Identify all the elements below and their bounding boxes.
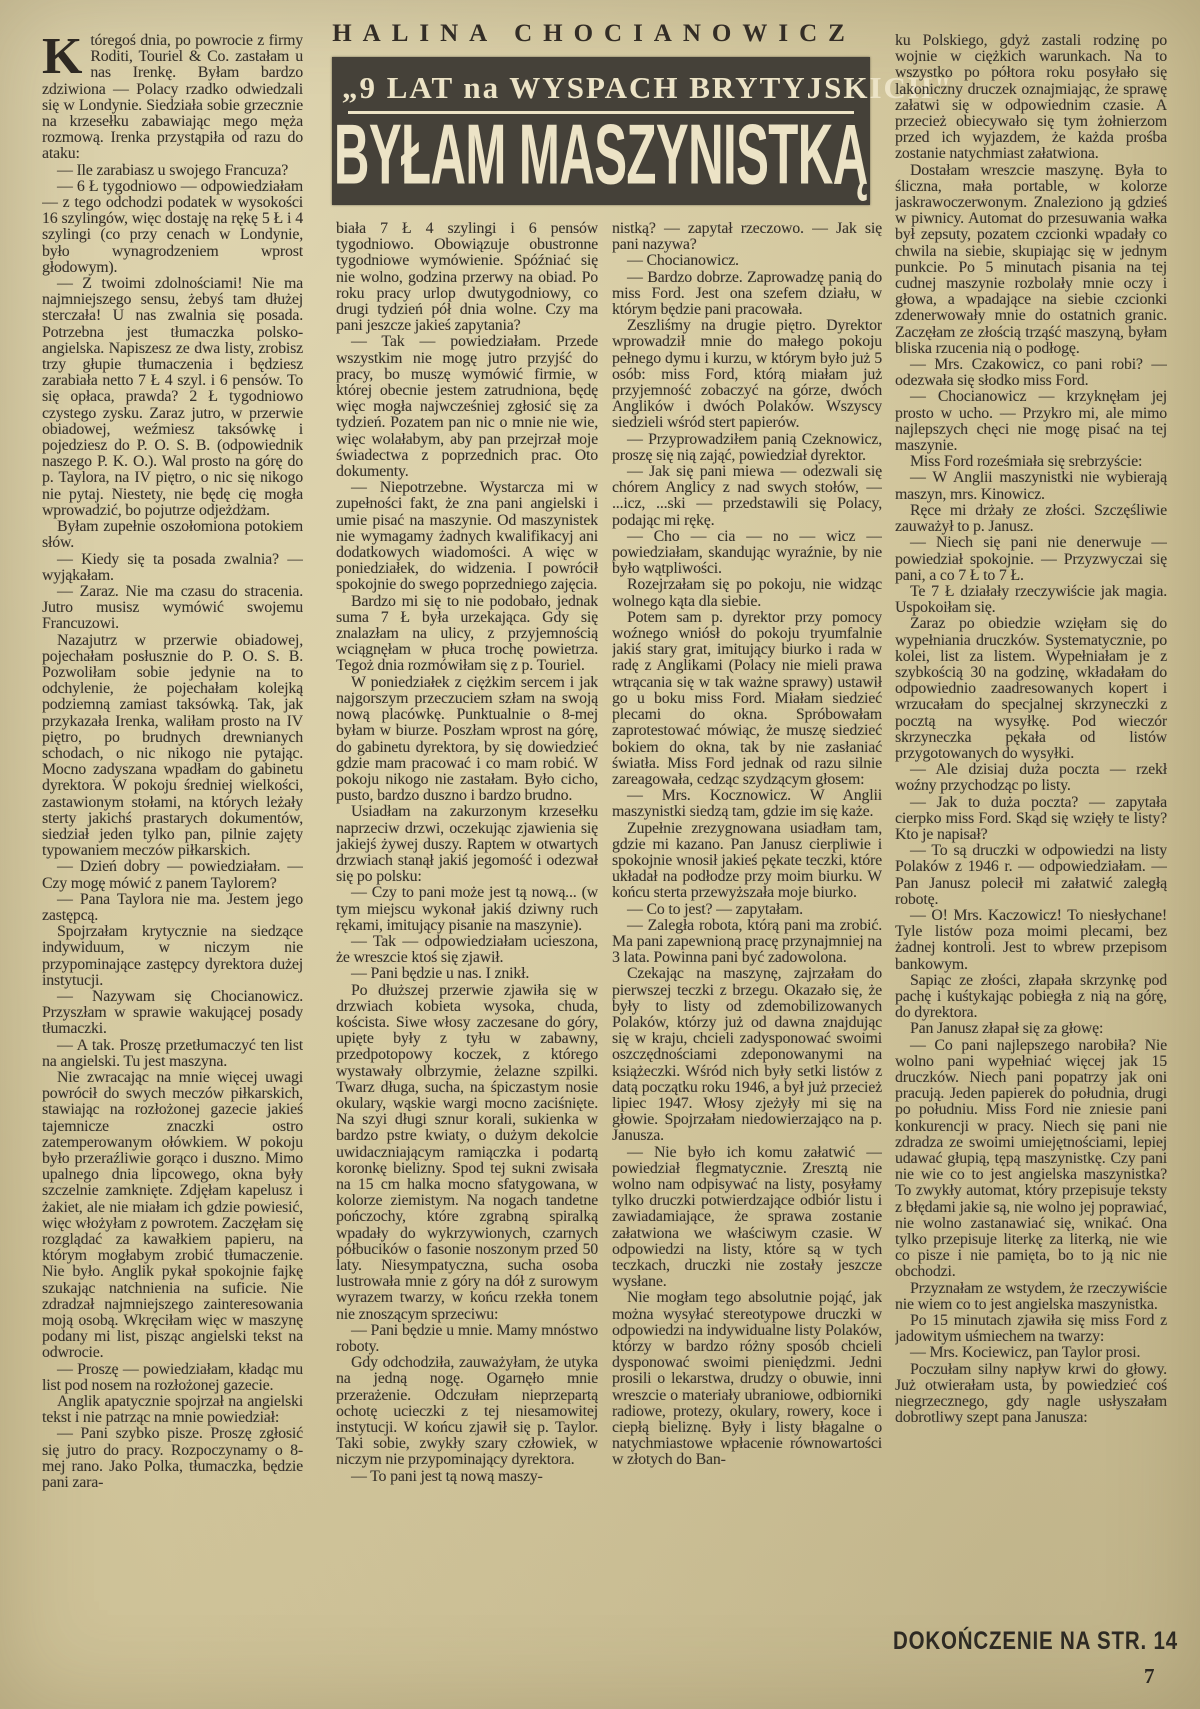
paragraph: — A tak. Proszę przetłumaczyć ten list n… (42, 1038, 303, 1070)
paragraph: Anglik apatycznie spojrzał na angielski … (42, 1394, 303, 1426)
paragraph: Te 7 Ł działały rzeczywiście jak magia. … (895, 584, 1167, 616)
paragraph: Ręce mi drżały ze złości. Szczęśliwie za… (895, 503, 1167, 535)
paragraph: biała 7 Ł 4 szylingi i 6 pensów tygodnio… (336, 221, 598, 334)
continuation-notice-text: DOKOŃCZENIE NA STR. 14 (893, 1627, 1178, 1656)
paragraph: — Co to jest? — zapytałam. (612, 902, 882, 918)
continuation-notice: DOKOŃCZENIE NA STR. 14 (893, 1627, 1173, 1656)
paragraph: — Zaraz. Nie ma czasu do stracenia. Jutr… (42, 584, 303, 633)
paragraph: Czekając na maszynę, zajrzałam do pierws… (612, 966, 882, 1144)
paragraph: Bardzo mi się to nie podobało, jednak su… (336, 594, 598, 675)
text-column-1: Któregoś dnia, po powrocie z firmy Rodit… (42, 33, 303, 1665)
paragraph: Nazajutrz w przerwie obiadowej, pojechał… (42, 633, 303, 860)
paragraph: Przyznałam ze wstydem, że rzeczywiście n… (895, 1281, 1167, 1313)
paragraph: — Mrs. Czakowicz, co pani robi? — odezwa… (895, 357, 1167, 389)
text-column-2: biała 7 Ł 4 szylingi i 6 pensów tygodnio… (336, 221, 598, 1667)
paragraph: — Kiedy się ta posada zwalnia? — wyjąkał… (42, 552, 303, 584)
paragraph: Zaraz po obiedzie wzięłam się do wypełni… (895, 616, 1167, 762)
author-byline: HALINA CHOCIANOWICZ (316, 20, 872, 48)
paragraph: — Tak — odpowiedziałam ucieszona, że wre… (336, 934, 598, 966)
paragraph: — Nazywam się Chocianowicz. Przyszłam w … (42, 989, 303, 1038)
paragraph: nistką? — zapytał rzeczowo. — Jak się pa… (612, 221, 882, 253)
paragraph: — Pani będzie u mnie. Mamy mnóstwo robot… (336, 1323, 598, 1355)
paragraph: — Czy to pani może jest tą nową... (w ty… (336, 885, 598, 934)
paragraph: — Pani będzie u nas. I znikł. (336, 966, 598, 982)
title-box: „9 LAT na WYSPACH BRYTYJSKICH" BYŁAM MAS… (332, 57, 870, 205)
paragraph: — Co pani najlepszego narobiła? Nie woln… (895, 1038, 1167, 1281)
paragraph: W poniedziałek z ciężkim sercem i jak na… (336, 675, 598, 805)
paragraph: Pan Janusz złapał się za głowę: (895, 1021, 1167, 1037)
text-column-4: ku Polskiego, gdyż zastali rodzinę po wo… (895, 33, 1167, 1621)
paragraph: — O! Mrs. Kaczowicz! To niesłychane! Tyl… (895, 908, 1167, 973)
paragraph: — Mrs. Kociewicz, pan Taylor prosi. (895, 1345, 1167, 1361)
paragraph: Dostałam wreszcie maszynę. Była to ślicz… (895, 163, 1167, 357)
paragraph: Poczułam silny napływ krwi do głowy. Już… (895, 1362, 1167, 1427)
paragraph: — Ale dzisiaj duża poczta — rzekł woźny … (895, 762, 1167, 794)
text-column-3: nistką? — zapytał rzeczowo. — Jak się pa… (612, 221, 882, 1667)
drop-cap: K (42, 33, 90, 78)
paragraph: — Niepotrzebne. Wystarcza mi w zupełnośc… (336, 480, 598, 593)
paragraph: Po 15 minutach zjawiła się miss Ford z j… (895, 1313, 1167, 1345)
paragraph: Potem sam p. dyrektor przy pomocy woźneg… (612, 610, 882, 788)
paragraph: — Chocianowicz — krzyknęłam jej prosto w… (895, 389, 1167, 454)
paragraph: Zeszliśmy na drugie piętro. Dyrektor wpr… (612, 318, 882, 431)
paragraph: Zupełnie zrezygnowana usiadłam tam, gdzi… (612, 821, 882, 902)
paragraph: — Mrs. Kocznowicz. W Anglii maszynistki … (612, 788, 882, 820)
paragraph: — Pani szybko pisze. Proszę zgłosić się … (42, 1426, 303, 1491)
paragraph: Któregoś dnia, po powrocie z firmy Rodit… (42, 33, 303, 163)
paragraph: — To pani jest tą nową maszy- (336, 1469, 598, 1485)
paragraph: Nie zwracając na mnie więcej uwagi powró… (42, 1070, 303, 1362)
paragraph: — Bardzo dobrze. Zaprowadzę panią do mis… (612, 270, 882, 319)
paragraph: — Zaległa robota, którą pani ma zrobić. … (612, 918, 882, 967)
paragraph: Usiadłam na zakurzonym krzesełku naprzec… (336, 804, 598, 885)
paragraph: Rozejrzałam się po pokoju, nie widząc wo… (612, 577, 882, 609)
paragraph: — Ile zarabiasz u swojego Francuza? (42, 163, 303, 179)
paragraph: Byłam zupełnie oszołomiona potokiem słów… (42, 519, 303, 551)
article-title: BYŁAM MASZYNISTKĄ (332, 114, 870, 194)
paragraph: Po dłuższej przerwie zjawiła się w drzwi… (336, 983, 598, 1323)
paragraph: — Tak — powiedziałam. Przede wszystkim n… (336, 334, 598, 480)
paragraph: — W Anglii maszynistki nie wybierają mas… (895, 470, 1167, 502)
paragraph: Nie mogłam tego absolutnie pojąć, jak mo… (612, 1290, 882, 1468)
paragraph: ku Polskiego, gdyż zastali rodzinę po wo… (895, 33, 1167, 163)
paragraph: — Z twoimi zdolnościami! Nie ma najmniej… (42, 276, 303, 519)
paragraph: — Jak się pani miewa — odezwali się chór… (612, 464, 882, 529)
page-number: 7 (1144, 1664, 1155, 1689)
paragraph: Spojrzałam krytycznie na siedzące indywi… (42, 924, 303, 989)
paragraph: — Jak to duża poczta? — zapytała cierpko… (895, 795, 1167, 844)
paragraph: — Dzień dobry — powiedziałam. — Czy mogę… (42, 859, 303, 891)
paragraph: — Przyprowadziłem panią Czeknowicz, pros… (612, 432, 882, 464)
paragraph: Sapiąc ze złości, złapała skrzynkę pod p… (895, 973, 1167, 1022)
paragraph: — Pana Taylora nie ma. Jestem jego zastę… (42, 892, 303, 924)
paragraph: — Nie było ich komu załatwić — powiedzia… (612, 1145, 882, 1291)
paragraph: — Cho — cia — no — wicz — powiedziałam, … (612, 529, 882, 578)
paragraph: — Niech się pani nie denerwuje — powiedz… (895, 535, 1167, 584)
paragraph: — To są druczki w odpowiedzi na listy Po… (895, 843, 1167, 908)
paragraph: Miss Ford roześmiała się srebrzyście: (895, 454, 1167, 470)
paragraph: — Chocianowicz. (612, 253, 882, 269)
paragraph: — Proszę — powiedziałam, kładąc mu list … (42, 1362, 303, 1394)
kicker: „9 LAT na WYSPACH BRYTYJSKICH" (342, 70, 860, 106)
article-title-text: BYŁAM MASZYNISTKĄ (334, 114, 868, 197)
paragraph: — 6 Ł tygodniowo — odpowiedziałam — z te… (42, 179, 303, 276)
paragraph: Gdy odchodziła, zauważyłam, że utyka na … (336, 1355, 598, 1468)
